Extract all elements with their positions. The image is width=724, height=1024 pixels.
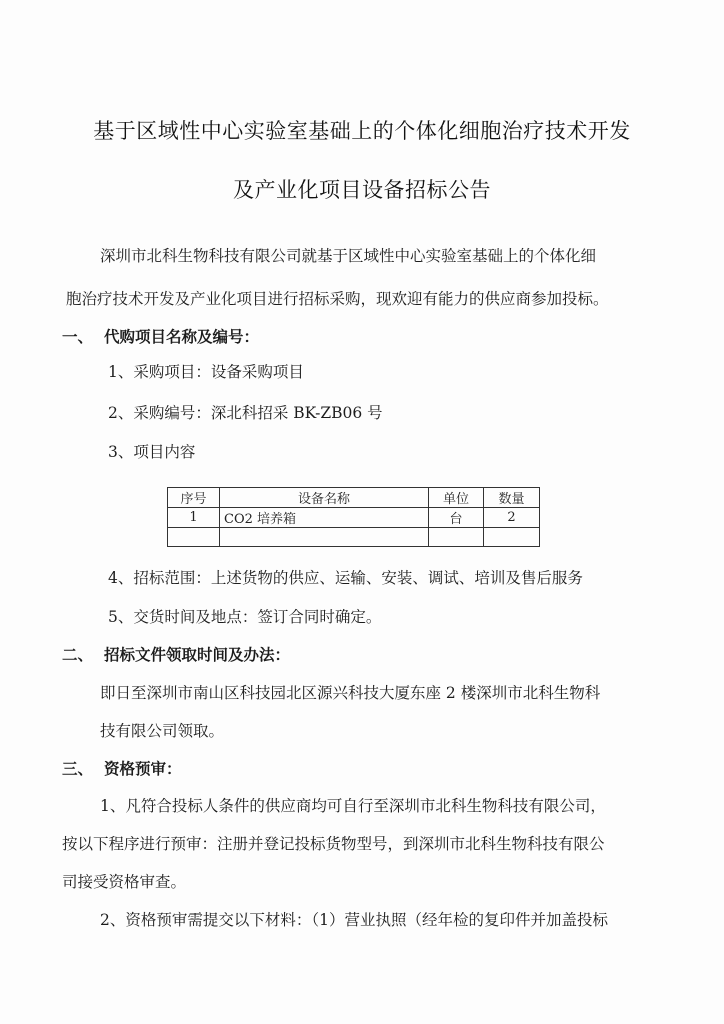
section-3-paragraph-1-line-1: 1、凡符合投标人条件的供应商均可自行至深圳市北科生物科技有限公司， xyxy=(100,794,606,816)
table-cell xyxy=(484,528,540,547)
table-cell xyxy=(220,528,429,547)
section-3-number: 三、 xyxy=(62,757,104,779)
document-title-line-1: 基于区域性中心实验室基础上的个体化细胞治疗技术开发 xyxy=(0,115,724,145)
section-2-title: 招标文件领取时间及办法： xyxy=(104,646,290,664)
table-cell: CO2 培养箱 xyxy=(220,508,429,528)
section-2-heading: 二、招标文件领取时间及办法： xyxy=(62,643,290,665)
equipment-table: 序号 设备名称 单位 数量 1 CO2 培养箱 台 2 xyxy=(167,487,540,547)
table-cell: 2 xyxy=(484,508,540,528)
section-1-item-4: 4、招标范围：上述货物的供应、运输、安装、调试、培训及售后服务 xyxy=(108,566,583,588)
table-header-cell: 单位 xyxy=(429,488,484,508)
document-title-line-2: 及产业化项目设备招标公告 xyxy=(0,174,724,204)
table-cell: 台 xyxy=(429,508,484,528)
table-row: 1 CO2 培养箱 台 2 xyxy=(168,508,540,528)
table-header-cell: 设备名称 xyxy=(220,488,429,508)
table-header-row: 序号 设备名称 单位 数量 xyxy=(168,488,540,508)
table-cell xyxy=(429,528,484,547)
table-cell: 1 xyxy=(168,508,220,528)
intro-paragraph-line-1: 深圳市北科生物科技有限公司就基于区域性中心实验室基础上的个体化细 xyxy=(100,244,596,266)
intro-paragraph-line-2: 胞治疗技术开发及产业化项目进行招标采购，现欢迎有能力的供应商参加投标。 xyxy=(66,287,609,309)
section-3-heading: 三、资格预审： xyxy=(62,757,182,779)
section-1-item-5: 5、交货时间及地点：签订合同时确定。 xyxy=(108,605,381,627)
section-2-body-line-2: 技有限公司领取。 xyxy=(100,719,224,741)
section-3-paragraph-1-line-3: 司接受资格审查。 xyxy=(62,870,186,892)
section-3-title: 资格预审： xyxy=(104,760,182,778)
table-cell xyxy=(168,528,220,547)
section-1-title: 代购项目名称及编号： xyxy=(104,328,259,346)
table-row xyxy=(168,528,540,547)
section-3-paragraph-2-line-1: 2、资格预审需提交以下材料：（1）营业执照（经年检的复印件并加盖投标 xyxy=(100,908,608,930)
section-3-paragraph-1-line-2: 按以下程序进行预审：注册并登记投标货物型号，到深圳市北科生物科技有限公 xyxy=(62,832,605,854)
section-1-heading: 一、代购项目名称及编号： xyxy=(62,325,259,347)
section-1-item-3: 3、项目内容 xyxy=(108,440,195,462)
document-page: 基于区域性中心实验室基础上的个体化细胞治疗技术开发 及产业化项目设备招标公告 深… xyxy=(0,0,724,1024)
section-1-item-1: 1、采购项目：设备采购项目 xyxy=(108,360,304,382)
table-header-cell: 数量 xyxy=(484,488,540,508)
section-1-item-2: 2、采购编号：深北科招采 BK-ZB06 号 xyxy=(108,401,383,423)
section-2-body-line-1: 即日至深圳市南山区科技园北区源兴科技大厦东座 2 楼深圳市北科生物科 xyxy=(100,681,600,703)
table-header-cell: 序号 xyxy=(168,488,220,508)
section-1-number: 一、 xyxy=(62,325,104,347)
section-2-number: 二、 xyxy=(62,643,104,665)
